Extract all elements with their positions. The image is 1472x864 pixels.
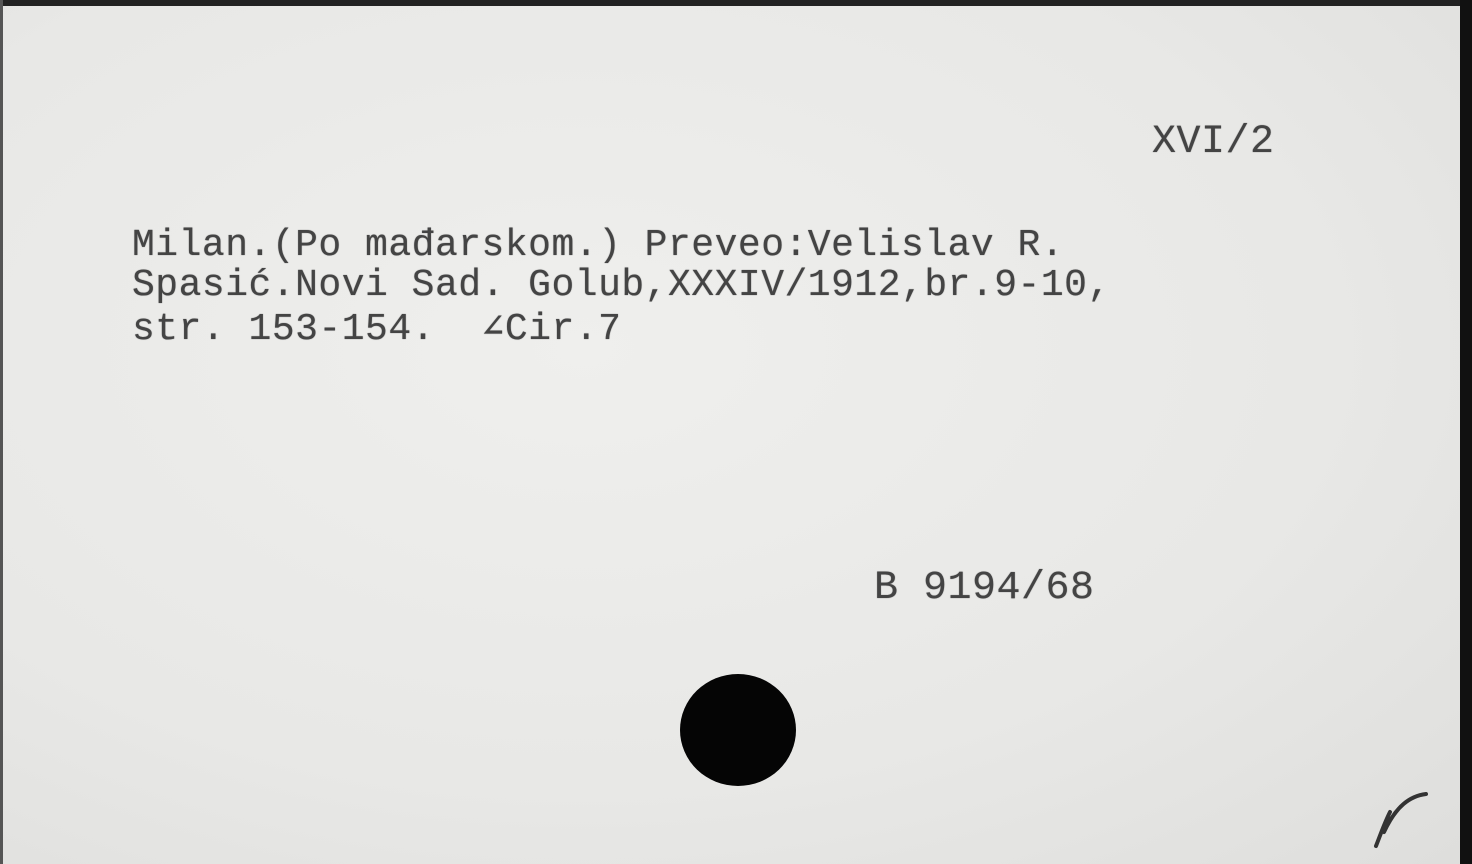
entry-line-3: str. 153-154. ∠Cir.7 xyxy=(132,304,621,351)
punch-hole xyxy=(680,674,796,786)
entry-line-1: Milan.(Po mađarskom.) Preveo:Velislav R. xyxy=(132,224,1064,267)
scan-right-border xyxy=(1460,0,1472,864)
shelf-mark: XVI/2 xyxy=(1152,120,1275,165)
catalog-card: XVI/2 Milan.(Po mađarskom.) Preveo:Velis… xyxy=(0,6,1460,864)
call-number: B 9194/68 xyxy=(874,566,1095,611)
entry-line-2: Spasić.Novi Sad. Golub,XXXIV/1912,br.9-1… xyxy=(132,264,1111,307)
scan-left-border xyxy=(0,0,3,864)
checkmark-icon xyxy=(1360,776,1440,856)
